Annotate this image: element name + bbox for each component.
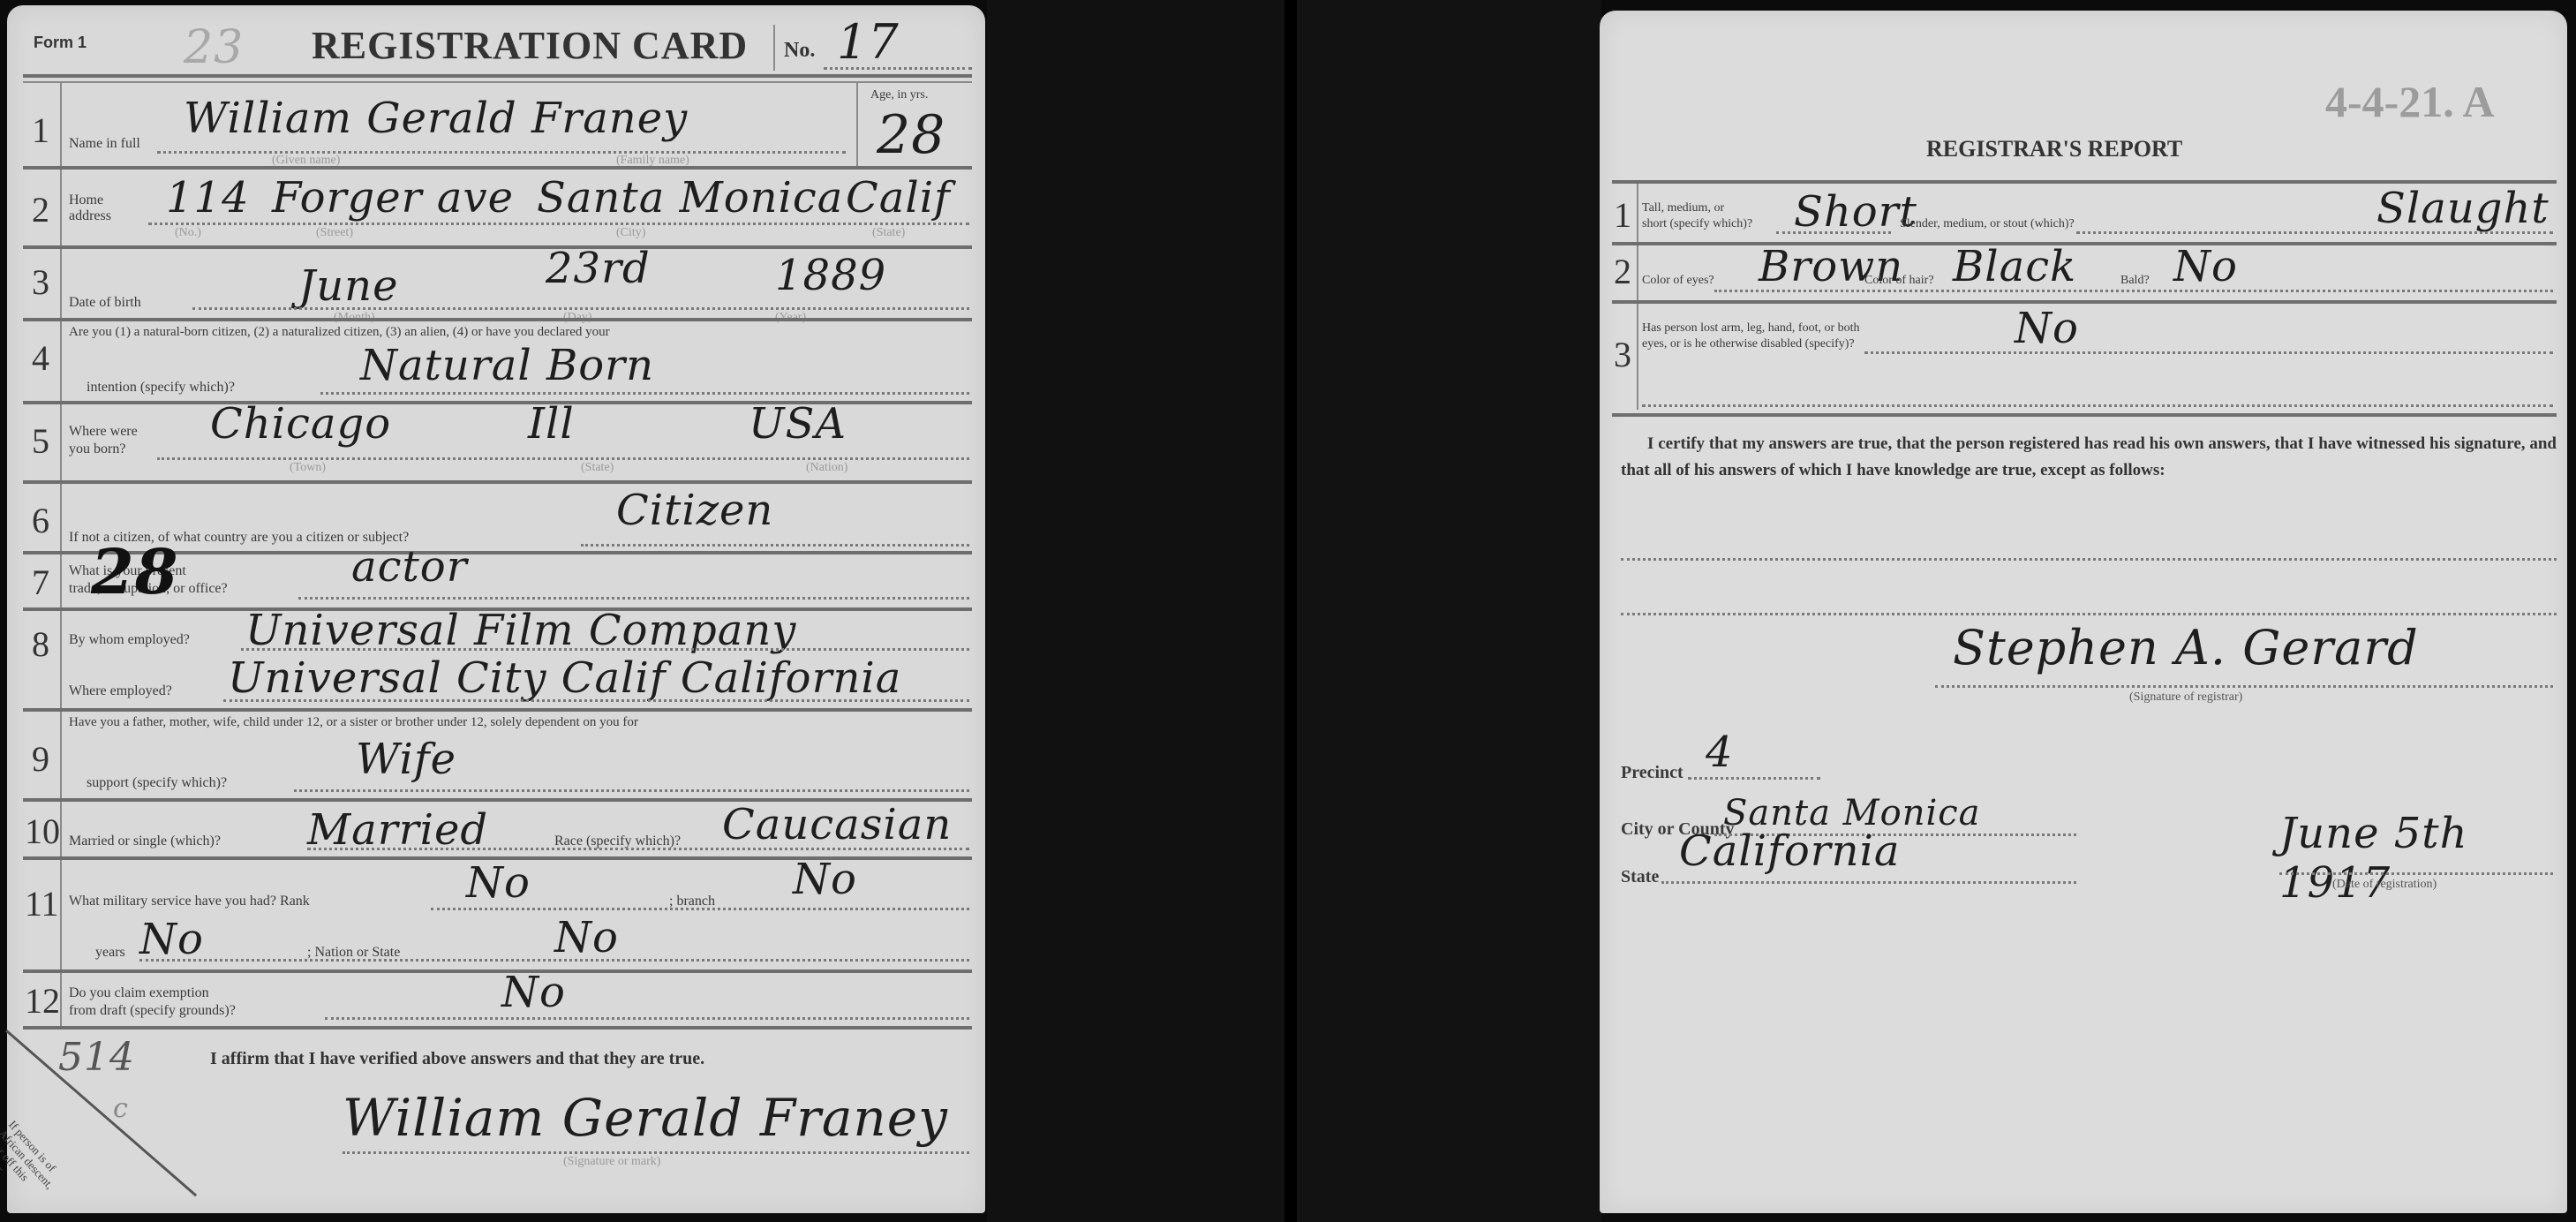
row-number: 3 bbox=[32, 261, 49, 303]
birthplace-label: you born? bbox=[69, 441, 125, 457]
header-rule bbox=[23, 74, 972, 78]
birth-nation: USA bbox=[749, 399, 847, 449]
sub-label: (City) bbox=[616, 226, 645, 240]
age-label: Age, in yrs. bbox=[870, 88, 928, 102]
dob-year: 1889 bbox=[775, 251, 886, 300]
precinct-label: Precinct bbox=[1621, 763, 1683, 783]
military-branch-value: No bbox=[793, 855, 857, 904]
row-number: 8 bbox=[32, 623, 49, 665]
race-value: Caucasian bbox=[722, 800, 952, 849]
row-number: 2 bbox=[1614, 251, 1631, 292]
number-value: 17 bbox=[837, 14, 900, 70]
row-number: 10 bbox=[25, 811, 60, 852]
dob-day: 23rd bbox=[546, 244, 651, 293]
hair-color-label: Color of hair? bbox=[1864, 274, 1934, 288]
divider-strip bbox=[1284, 0, 1297, 1222]
signature-sub-label: (Signature or mark) bbox=[563, 1155, 660, 1169]
disability-label: eyes, or is he otherwise disabled (speci… bbox=[1642, 337, 1855, 351]
row-number: 12 bbox=[25, 980, 60, 1022]
exemption-label: Do you claim exemption bbox=[69, 985, 209, 1001]
margin-number: 514 bbox=[58, 1035, 135, 1080]
citizenship-label: intention (specify which)? bbox=[87, 380, 235, 396]
row-number-column-line bbox=[60, 81, 62, 973]
state-value: California bbox=[1679, 826, 1901, 876]
sub-label: (Street) bbox=[316, 226, 353, 240]
sub-label: (State) bbox=[872, 226, 905, 240]
birthplace-label: Where were bbox=[69, 424, 138, 440]
address-state: Calif bbox=[846, 173, 951, 223]
row-number: 5 bbox=[32, 420, 49, 462]
report-title: REGISTRAR'S REPORT bbox=[1926, 136, 2182, 162]
margin-mark: c bbox=[113, 1093, 129, 1124]
military-years-value: No bbox=[139, 915, 204, 964]
affirmation-text: I affirm that I have verified above answ… bbox=[210, 1049, 704, 1069]
military-rank-value: No bbox=[466, 858, 531, 908]
row-number: 3 bbox=[1614, 334, 1631, 375]
background-right bbox=[1297, 0, 1601, 1222]
bald-label: Bald? bbox=[2120, 274, 2150, 288]
occupation-value: actor bbox=[351, 542, 468, 592]
dob-month: June bbox=[298, 261, 398, 311]
row-number: 1 bbox=[1614, 194, 1631, 236]
row-number: 9 bbox=[32, 738, 49, 780]
sub-label: (Nation) bbox=[806, 461, 847, 475]
build-label: Slender, medium, or stout (which)? bbox=[1900, 217, 2075, 231]
dependents-value: Wife bbox=[356, 735, 456, 784]
employment-place-value: Universal City Calif California bbox=[228, 653, 901, 703]
exemption-value: No bbox=[501, 968, 566, 1017]
dependents-label: support (specify which)? bbox=[87, 775, 227, 791]
background-left bbox=[987, 0, 1287, 1222]
row-number: 6 bbox=[32, 500, 49, 541]
employment-place-label: Where employed? bbox=[69, 683, 172, 699]
bald-value: No bbox=[2173, 242, 2238, 291]
marital-label: Married or single (which)? bbox=[69, 834, 221, 849]
stamp-number: 4-4-21. A bbox=[2325, 76, 2495, 127]
precinct-value: 4 bbox=[1706, 728, 1734, 777]
registrar-signature: Stephen A. Gerard bbox=[1953, 620, 2419, 675]
employer-label: By whom employed? bbox=[69, 632, 190, 648]
dob-label: Date of birth bbox=[69, 295, 141, 311]
military-label: What military service have you had? Rank bbox=[69, 894, 310, 909]
military-nation-value: No bbox=[554, 913, 619, 962]
name-value: William Gerald Franey bbox=[184, 94, 688, 143]
card-title: REGISTRATION CARD bbox=[312, 23, 748, 68]
form-label: Form 1 bbox=[34, 34, 87, 52]
overwritten-number: 28 bbox=[91, 535, 178, 608]
birth-town: Chicago bbox=[210, 399, 391, 449]
registration-date-sub-label: (Date of registration) bbox=[2332, 878, 2437, 892]
citizenship-value: Natural Born bbox=[360, 341, 654, 390]
sub-label: (No.) bbox=[175, 226, 201, 240]
birth-state: Ill bbox=[528, 399, 575, 449]
hair-color-value: Black bbox=[1953, 242, 2076, 291]
name-label: Name in full bbox=[69, 136, 140, 152]
eye-color-label: Color of eyes? bbox=[1642, 274, 1714, 288]
certification-text: I certify that my answers are true, that… bbox=[1621, 431, 2557, 484]
citizen-of-value: Citizen bbox=[616, 486, 773, 535]
title-divider bbox=[773, 25, 775, 71]
height-value: Short bbox=[1794, 187, 1917, 237]
row-number: 2 bbox=[32, 189, 49, 230]
disability-value: No bbox=[2015, 304, 2079, 353]
row-number: 1 bbox=[32, 109, 49, 151]
exemption-label: from draft (specify grounds)? bbox=[69, 1003, 236, 1019]
registration-date-value: June 5th 1917 bbox=[2279, 809, 2567, 908]
state-label: State bbox=[1621, 867, 1659, 887]
address-number: 114 bbox=[166, 173, 250, 223]
registration-card: Form 1 23 REGISTRATION CARD No. 17 1 Nam… bbox=[7, 5, 985, 1213]
disability-label: Has person lost arm, leg, hand, foot, or… bbox=[1642, 321, 1860, 336]
address-street: Forger ave bbox=[272, 173, 514, 223]
registrar-signature-sub-label: (Signature of registrar) bbox=[2129, 690, 2242, 705]
ghost-number: 23 bbox=[184, 21, 244, 74]
row-number: 4 bbox=[32, 337, 49, 379]
sub-label: (Town) bbox=[290, 461, 326, 475]
height-label: Tall, medium, or bbox=[1642, 201, 1724, 215]
row-number: 11 bbox=[25, 883, 59, 924]
years-label: years bbox=[95, 945, 125, 961]
number-label: No. bbox=[784, 39, 815, 63]
build-value: Slaught bbox=[2376, 184, 2550, 233]
corner-text: If person is of African descent, tear of… bbox=[0, 1118, 66, 1209]
age-value: 28 bbox=[877, 104, 945, 166]
registrars-report-card: 4-4-21. A REGISTRAR'S REPORT 1 Tall, med… bbox=[1600, 11, 2567, 1213]
sub-label: (State) bbox=[581, 461, 614, 475]
registrant-signature: William Gerald Franey bbox=[343, 1088, 948, 1148]
address-label: Home address bbox=[69, 192, 122, 224]
row-number: 7 bbox=[32, 562, 49, 603]
citizenship-question: Are you (1) a natural-born citizen, (2) … bbox=[69, 325, 610, 340]
height-label: short (specify which)? bbox=[1642, 217, 1752, 231]
address-city: Santa Monica bbox=[537, 173, 843, 223]
dependents-question: Have you a father, mother, wife, child u… bbox=[69, 715, 638, 730]
